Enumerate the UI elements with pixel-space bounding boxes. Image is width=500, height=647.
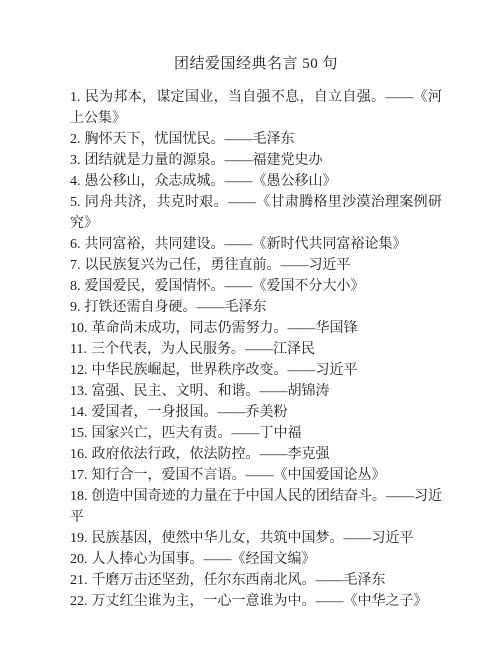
item-number: 1. xyxy=(70,90,81,105)
item-text: 革命尚未成功，同志仍需努力。——华国锋 xyxy=(92,321,358,336)
item-text: 创造中国奇迹的力量在于中国人民的团结奋斗。——习近平 xyxy=(70,489,442,525)
item-text: 千磨万击还坚劲，任尔东西南北风。——毛泽东 xyxy=(92,573,386,588)
item-number: 20. xyxy=(70,552,88,567)
item-number: 17. xyxy=(70,468,88,483)
item-text: 以民族复兴为己任，勇往直前。——习近平 xyxy=(85,258,351,273)
item-number: 8. xyxy=(70,279,81,294)
list-item: 10.革命尚未成功，同志仍需努力。——华国锋 xyxy=(70,318,442,339)
item-number: 4. xyxy=(70,174,81,189)
item-number: 18. xyxy=(70,489,88,504)
item-text: 中华民族崛起，世界秩序改变。——习近平 xyxy=(92,363,358,378)
item-text: 愚公移山，众志成城。——《愚公移山》 xyxy=(85,174,337,189)
item-number: 19. xyxy=(70,531,88,546)
list-item: 2.胸怀天下，忧国忧民。——毛泽东 xyxy=(70,129,442,150)
list-item: 22.万丈红尘谁为主，一心一意谁为中。——《中华之子》 xyxy=(70,591,442,612)
item-text: 民族基因，使然中华儿女，共筑中国梦。——习近平 xyxy=(92,531,414,546)
item-number: 11. xyxy=(70,342,87,357)
item-text: 人人捧心为国事。——《经国文编》 xyxy=(92,552,316,567)
item-text: 民为邦本，谋定国业，当自强不息，自立自强。——《河上公集》 xyxy=(70,90,442,126)
item-text: 共同富裕，共同建设。——《新时代共同富裕论集》 xyxy=(85,237,407,252)
list-item: 1.民为邦本，谋定国业，当自强不息，自立自强。——《河上公集》 xyxy=(70,87,442,129)
item-text: 富强、民主、文明、和谐。——胡锦涛 xyxy=(92,384,330,399)
item-text: 同舟共济，共克时艰。——《甘肃腾格里沙漠治理案例研究》 xyxy=(70,195,442,231)
item-number: 9. xyxy=(70,300,81,315)
item-number: 21. xyxy=(70,573,88,588)
item-text: 国家兴亡，匹夫有责。——丁中福 xyxy=(92,426,302,441)
item-number: 15. xyxy=(70,426,88,441)
item-number: 13. xyxy=(70,384,88,399)
item-text: 三个代表，为人民服务。——江泽民 xyxy=(91,342,315,357)
item-text: 爱国爱民，爱国情怀。——《爱国不分大小》 xyxy=(85,279,365,294)
page-title: 团结爱国经典名言 50 句 xyxy=(70,54,442,74)
list-item: 20.人人捧心为国事。——《经国文编》 xyxy=(70,549,442,570)
item-number: 16. xyxy=(70,447,88,462)
item-number: 3. xyxy=(70,153,81,168)
item-number: 14. xyxy=(70,405,88,420)
list-item: 13.富强、民主、文明、和谐。——胡锦涛 xyxy=(70,381,442,402)
list-item: 15.国家兴亡，匹夫有责。——丁中福 xyxy=(70,423,442,444)
item-text: 政府依法行政，依法防控。——李克强 xyxy=(92,447,330,462)
list-item: 17.知行合一，爱国不言语。——《中国爱国论丛》 xyxy=(70,465,442,486)
list-item: 8.爱国爱民，爱国情怀。——《爱国不分大小》 xyxy=(70,276,442,297)
item-text: 知行合一，爱国不言语。——《中国爱国论丛》 xyxy=(92,468,386,483)
item-number: 5. xyxy=(70,195,81,210)
list-item: 7.以民族复兴为己任，勇往直前。——习近平 xyxy=(70,255,442,276)
list-item: 12.中华民族崛起，世界秩序改变。——习近平 xyxy=(70,360,442,381)
list-item: 16.政府依法行政，依法防控。——李克强 xyxy=(70,444,442,465)
item-text: 打铁还需自身硬。——毛泽东 xyxy=(85,300,267,315)
quote-list: 1.民为邦本，谋定国业，当自强不息，自立自强。——《河上公集》 2.胸怀天下，忧… xyxy=(70,87,442,612)
list-item: 3.团结就是力量的源泉。——福建党史办 xyxy=(70,150,442,171)
document-page: 团结爱国经典名言 50 句 1.民为邦本，谋定国业，当自强不息，自立自强。——《… xyxy=(0,0,500,647)
item-text: 团结就是力量的源泉。——福建党史办 xyxy=(85,153,323,168)
item-text: 爱国者，一身报国。——乔美粉 xyxy=(92,405,288,420)
item-text: 胸怀天下，忧国忧民。——毛泽东 xyxy=(85,132,295,147)
item-number: 2. xyxy=(70,132,81,147)
item-number: 22. xyxy=(70,594,88,609)
list-item: 4.愚公移山，众志成城。——《愚公移山》 xyxy=(70,171,442,192)
list-item: 14.爱国者，一身报国。——乔美粉 xyxy=(70,402,442,423)
item-number: 6. xyxy=(70,237,81,252)
item-text: 万丈红尘谁为主，一心一意谁为中。——《中华之子》 xyxy=(92,594,428,609)
list-item: 11.三个代表，为人民服务。——江泽民 xyxy=(70,339,442,360)
item-number: 12. xyxy=(70,363,88,378)
list-item: 6.共同富裕，共同建设。——《新时代共同富裕论集》 xyxy=(70,234,442,255)
item-number: 10. xyxy=(70,321,88,336)
item-number: 7. xyxy=(70,258,81,273)
list-item: 9.打铁还需自身硬。——毛泽东 xyxy=(70,297,442,318)
list-item: 18.创造中国奇迹的力量在于中国人民的团结奋斗。——习近平 xyxy=(70,486,442,528)
list-item: 21.千磨万击还坚劲，任尔东西南北风。——毛泽东 xyxy=(70,570,442,591)
list-item: 5.同舟共济，共克时艰。——《甘肃腾格里沙漠治理案例研究》 xyxy=(70,192,442,234)
list-item: 19.民族基因，使然中华儿女，共筑中国梦。——习近平 xyxy=(70,528,442,549)
